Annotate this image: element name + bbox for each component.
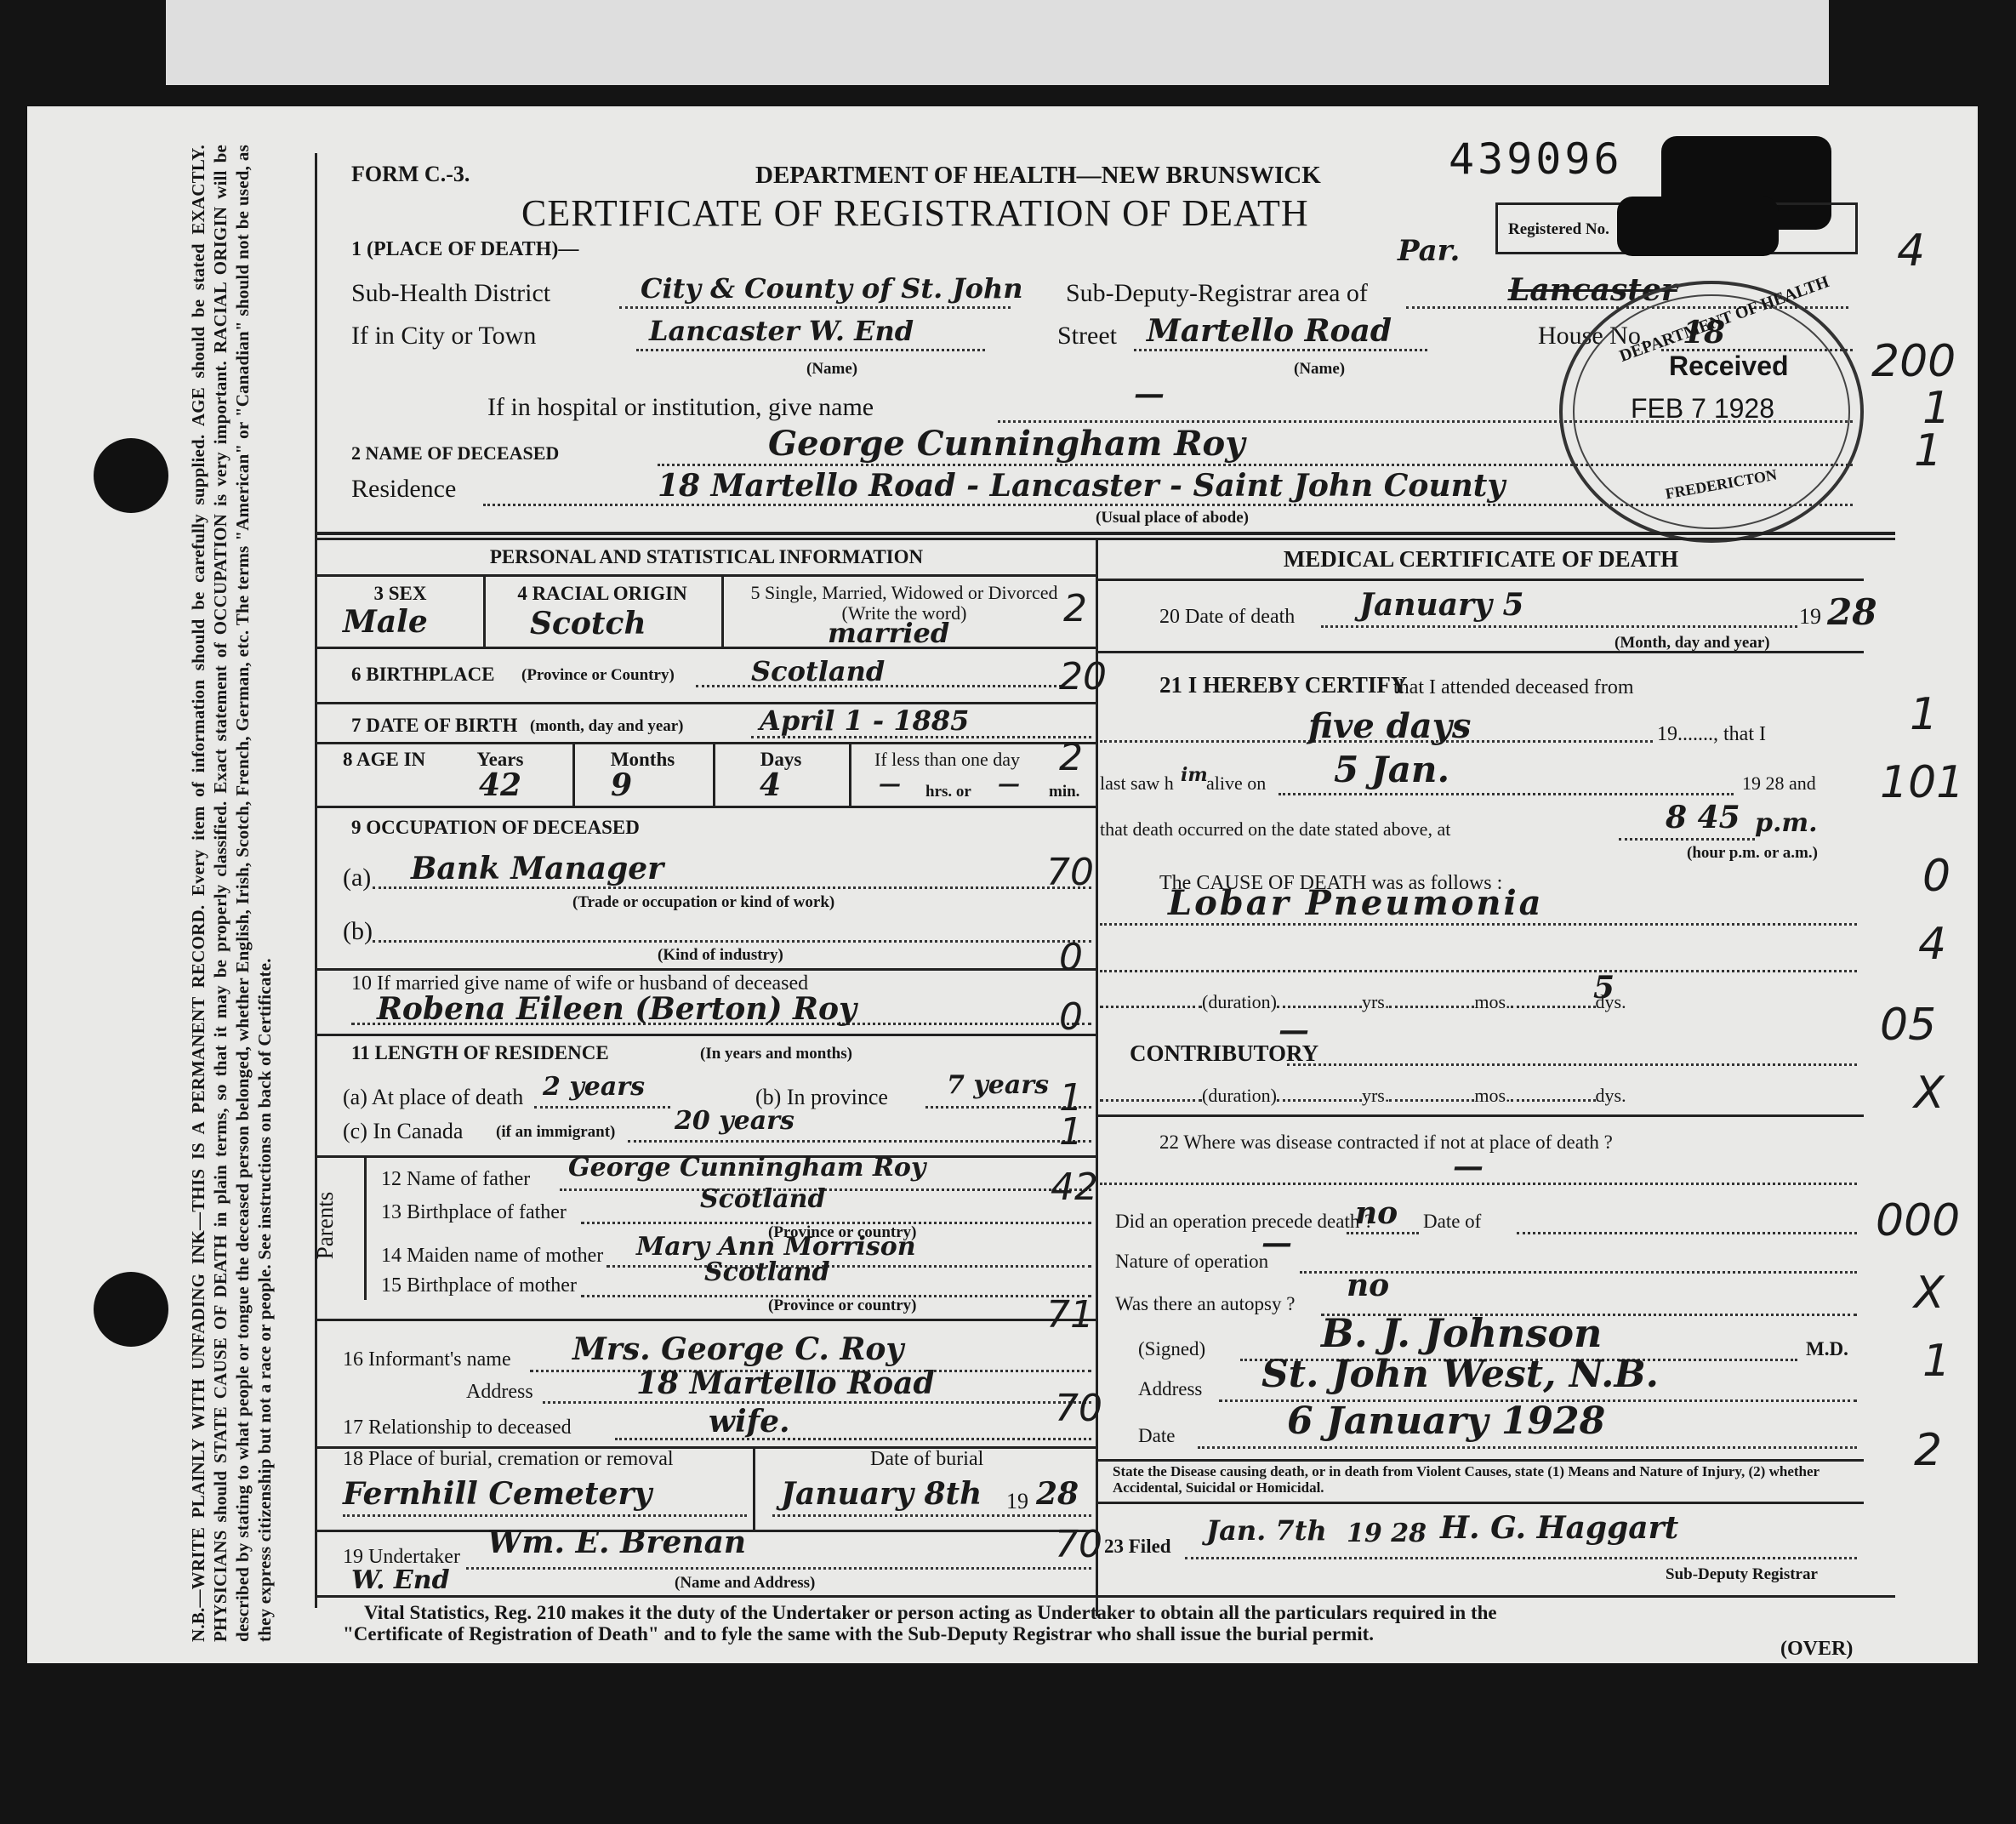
racial-origin-label: 4 RACIAL ORIGIN [483,583,721,605]
occupation-label: 9 OCCUPATION OF DECEASED [351,817,640,839]
residence-value: 18 Martello Road - Lancaster - Saint Joh… [658,468,1505,504]
attended-value: five days [1308,706,1471,746]
cause-value: Lobar Pneumonia [1168,883,1544,923]
tally-mark: 1 [1922,1336,1951,1387]
tally-mark: 200 [1871,336,1956,387]
last-saw-pronoun: im [1181,764,1208,786]
certify-label: 21 I HEREBY CERTIFY [1159,672,1407,698]
tally-mark: X [1914,1268,1945,1319]
sex-label: 3 SEX [317,583,483,605]
dob-caption: (month, day and year) [530,717,684,736]
birthplace-caption: (Province or Country) [521,666,675,685]
sub-deputy-registrar-caption: Sub-Deputy Registrar [1666,1565,1818,1584]
occupation-a-label: (a) [343,864,371,892]
hospital-label: If in hospital or institution, give name [487,393,874,422]
age-years-value: 42 [428,767,572,803]
residence-label: Residence [351,475,456,504]
city-label: If in City or Town [351,322,536,351]
last-saw-label: last saw h [1100,772,1174,795]
minutes-value: — [998,772,1020,797]
nature-of-operation-value: — [1261,1225,1292,1261]
sex-value: Male [343,604,428,640]
serial-number: 439096 [1449,134,1623,184]
occupation-b-label: (b) [343,917,373,946]
medical-heading: MEDICAL CERTIFICATE OF DEATH [1098,546,1864,573]
hours-label: hrs. or [925,783,971,801]
tally-mark: 1 [1059,1110,1083,1154]
death-time-caption: (hour p.m. or a.m.) [1687,844,1818,863]
father-name-value: George Cunningham Roy [568,1153,925,1183]
undertaker-value: Wm. E. Brenan [487,1525,746,1560]
tally-mark: 0 [1059,995,1083,1039]
city-name-caption: (Name) [806,360,857,379]
certificate-date-value: 6 January 1928 [1287,1399,1605,1443]
redaction-mark [1617,197,1779,256]
attended-suffix: 19......., that I [1657,723,1766,746]
mother-birthplace-value: Scotland [704,1257,829,1287]
column-divider [1096,538,1098,1616]
physician-address-label: Address [1138,1378,1202,1400]
deceased-name-value: George Cunningham Roy [768,424,1244,464]
burial-date-label: Date of burial [870,1448,983,1471]
punch-hole [94,1272,168,1347]
contracted-label: 22 Where was disease contracted if not a… [1159,1131,1613,1154]
form-number: FORM C.-3. [351,162,470,187]
father-birthplace-label: 13 Birthplace of father [381,1201,567,1224]
alive-on-label: alive on [1206,772,1266,795]
undertaker-address: W. End [351,1565,450,1595]
sub-deputy-prefix: Par. [1398,234,1460,268]
nature-of-operation-label: Nature of operation [1115,1251,1268,1273]
last-saw-value: 5 Jan. [1334,749,1449,790]
registered-no-label: Registered No. [1508,220,1609,239]
residence-a-label: (a) At place of death [343,1085,523,1110]
date-of-death-year-prefix: 19 [1799,604,1821,630]
mother-birthplace-label: 15 Birthplace of mother [381,1274,577,1297]
tally-mark: 70 [1055,1387,1102,1430]
relationship-value: wife. [709,1404,790,1439]
contracted-value: — [1453,1149,1484,1184]
date-of-death-label: 20 Date of death [1159,606,1295,629]
personal-heading: PERSONAL AND STATISTICAL INFORMATION [317,546,1096,568]
tally-mark: 0 [1059,936,1083,979]
mother-birthplace-caption: (Province or country) [768,1297,916,1315]
filed-year: 19 28 [1347,1519,1427,1548]
street-label: Street [1057,322,1117,351]
physician-address-value: St. John West, N.B. [1261,1353,1659,1396]
side-instructions: N.B.—WRITE PLAINLY WITH UNFADING INK—THI… [187,145,289,1642]
city-value: Lancaster W. End [649,315,914,347]
occupation-b-caption: (Kind of industry) [658,946,783,965]
age-days-value: 4 [760,767,781,803]
residence-c-caption: (if an immigrant) [496,1123,615,1142]
tally-mark: 4 [1918,919,1946,970]
racial-origin-value: Scotch [530,606,646,641]
residence-caption: (Usual place of abode) [1096,509,1249,527]
residence-length-label: 11 LENGTH OF RESIDENCE [351,1042,609,1064]
tally-mark: 1 [1914,425,1942,476]
sub-health-value: City & County of St. John [641,272,1022,305]
tally-mark: 000 [1876,1195,1960,1246]
date-of-death-year: 28 [1827,591,1876,633]
operation-label: Did an operation precede death ? [1115,1211,1373,1233]
tally-mark: 20 [1059,655,1107,698]
residence-a-value: 2 years [543,1072,645,1102]
informant-address-value: 18 Martello Road [636,1365,935,1401]
tally-mark: 2 [1063,587,1087,630]
tally-mark: 1 [1910,689,1938,740]
tally-mark: 71 [1046,1293,1094,1337]
burial-place-value: Fernhill Cemetery [343,1476,652,1512]
operation-value: no [1355,1195,1398,1231]
burial-year-prefix: 19 [1006,1489,1028,1514]
death-time-value: 8 45 [1666,800,1740,835]
street-value: Martello Road [1147,313,1392,349]
sub-deputy-label: Sub-Deputy-Registrar area of [1066,279,1368,308]
footer-line-2: "Certificate of Registration of Death" a… [343,1623,1374,1645]
street-name-caption: (Name) [1294,360,1345,379]
tally-mark: 42 [1051,1166,1098,1209]
residence-c-label: (c) In Canada [343,1119,463,1144]
tally-mark: 2 [1059,736,1083,779]
mother-name-label: 14 Maiden name of mother [381,1245,603,1268]
dob-value: April 1 - 1885 [760,704,969,737]
residence-b-value: 7 years [947,1070,1049,1100]
received-stamp: DEPARTMENT OF HEALTH Received FEB 7 1928… [1559,281,1864,543]
informant-name-label: 16 Informant's name [343,1348,511,1371]
tally-mark: 05 [1880,1000,1936,1051]
last-saw-year: 19 28 and [1742,772,1816,795]
filed-date-value: Jan. 7th [1206,1514,1327,1547]
father-name-label: 12 Name of father [381,1168,530,1191]
contributory-value: — [1279,1012,1309,1048]
undertaker-caption: (Name and Address) [675,1574,815,1593]
over-label: (OVER) [1780,1638,1853,1661]
autopsy-value: no [1347,1268,1389,1303]
dob-label: 7 DATE OF BIRTH [351,715,517,737]
death-time-suffix: p.m. [1755,808,1818,838]
underlying-page-strip [166,0,1829,85]
informant-name-value: Mrs. George C. Roy [572,1331,903,1367]
tally-mark: 70 [1055,1523,1102,1566]
date-of-death-value: January 5 [1359,587,1524,623]
occupation-a-caption: (Trade or occupation or kind of work) [572,893,834,912]
hours-value: — [879,772,901,797]
department-heading: DEPARTMENT OF HEALTH—NEW BRUNSWICK [755,162,1321,190]
footer-line-1: Vital Statistics, Reg. 210 makes it the … [364,1602,1497,1624]
tally-mark: 101 [1880,757,1964,808]
father-birthplace-value: Scotland [700,1184,825,1214]
date-of-death-caption: (Month, day and year) [1615,634,1770,653]
residence-length-caption: (In years and months) [700,1045,852,1063]
violent-causes-instructions: State the Disease causing death, or in d… [1113,1463,1853,1496]
stamp-received-text: Received [1669,351,1789,382]
birthplace-value: Scotland [751,655,885,687]
marital-value: married [828,617,949,649]
sub-health-label: Sub-Health District [351,279,550,308]
burial-year-value: 28 [1036,1476,1079,1512]
residence-c-value: 20 years [675,1106,794,1136]
occupation-a-value: Bank Manager [411,851,663,886]
contributory-duration-row: (duration)yrs.mos.dys. [1100,1085,1626,1107]
certify-text: that I attended deceased from [1393,676,1634,699]
tally-mark: 2 [1914,1425,1942,1476]
informant-address-label: Address [466,1381,533,1404]
hospital-value: — [1134,376,1165,412]
autopsy-label: Was there an autopsy ? [1115,1293,1295,1315]
place-of-death-label: 1 (PLACE OF DEATH)— [351,238,578,261]
relationship-label: 17 Relationship to deceased [343,1416,572,1439]
registrar-signature: H. G. Haggart [1440,1510,1678,1546]
age-label: 8 AGE IN [343,749,428,771]
cause-duration-days: 5 [1593,970,1615,1006]
signed-label: (Signed) [1138,1338,1205,1360]
md-label: M.D. [1806,1338,1848,1360]
death-time-label: that death occurred on the date stated a… [1100,818,1450,841]
tally-mark: 0 [1922,851,1951,902]
tally-mark: X [1914,1068,1945,1119]
tally-mark: 70 [1046,851,1094,894]
punch-hole [94,438,168,513]
minutes-label: min. [1049,783,1079,801]
deceased-name-label: 2 NAME OF DECEASED [351,442,559,465]
birthplace-label: 6 BIRTHPLACE [351,664,495,686]
certificate-title: CERTIFICATE OF REGISTRATION OF DEATH [521,191,1309,235]
operation-date-label: Date of [1423,1211,1481,1233]
filed-label: 23 Filed [1104,1536,1171,1558]
age-months-label: Months [572,749,713,771]
spouse-value: Robena Eileen (Berton) Roy [377,991,857,1027]
stamp-date: FEB 7 1928 [1631,393,1774,425]
burial-place-label: 18 Place of burial, cremation or removal [343,1448,674,1471]
age-months-value: 9 [611,767,632,803]
parents-label: Parents [312,1192,339,1259]
certificate-date-label: Date [1138,1425,1175,1447]
registered-no-box: Registered No. [1495,202,1858,254]
physician-signature: B. J. Johnson [1321,1310,1603,1356]
less-than-day-label: If less than one day [874,749,1020,771]
tally-mark: 4 [1897,225,1925,276]
burial-date-value: January 8th [781,1476,982,1512]
death-certificate-form: FORM C.-3. DEPARTMENT OF HEALTH—NEW BRUN… [315,153,1895,1608]
cause-duration-row: (duration)yrs.mos.dys. [1100,991,1626,1013]
